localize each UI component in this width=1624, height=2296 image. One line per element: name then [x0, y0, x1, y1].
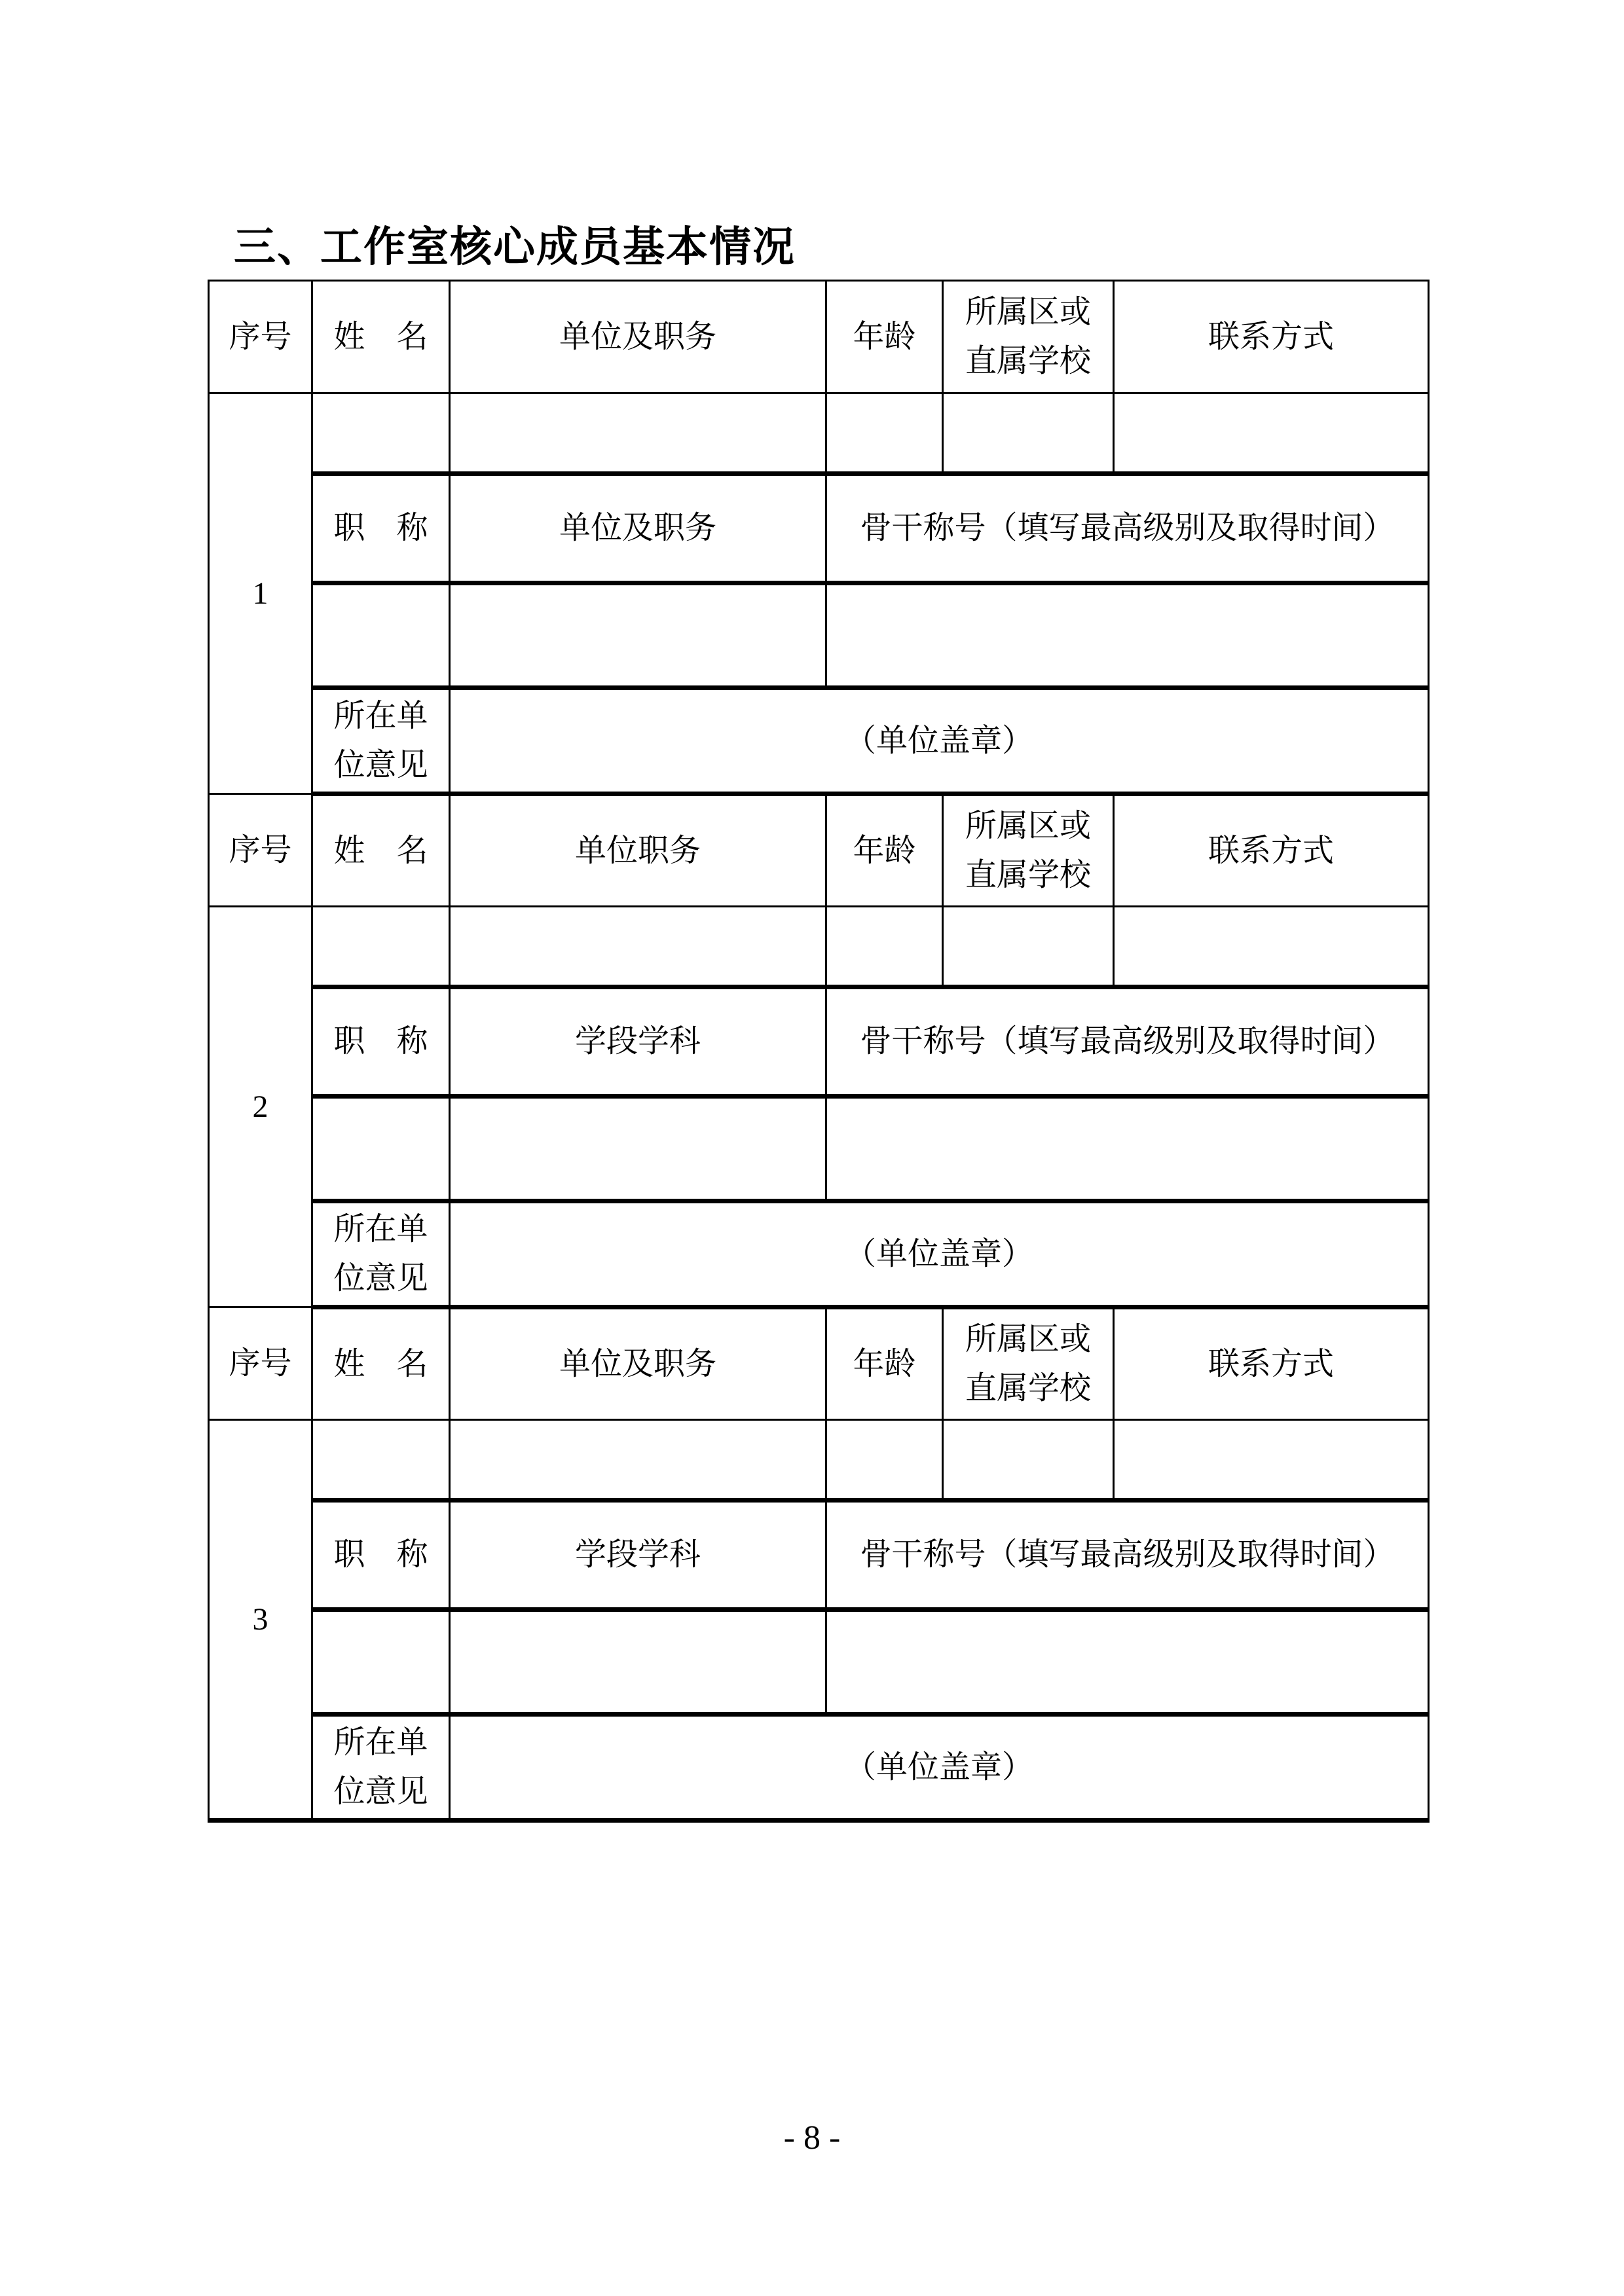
- fill-cell-unit: [450, 393, 826, 474]
- fill-cell-name: [312, 1420, 450, 1501]
- seal-label: （单位盖章）: [845, 1237, 1033, 1271]
- fill-cell-unit: [450, 1420, 826, 1501]
- table-row: [209, 1610, 1429, 1715]
- table-row: 1: [209, 393, 1429, 474]
- header-cell-age: 年龄: [826, 794, 943, 907]
- header-cell-name: 姓 名: [312, 794, 450, 907]
- table-row: 所在单位意见 （单位盖章）: [209, 1715, 1429, 1821]
- fill-cell-name: [312, 393, 450, 474]
- opinion-label: 所在单位意见: [331, 692, 431, 790]
- opinion-label-cell: 所在单位意见: [312, 1201, 450, 1307]
- fill-cell-age: [826, 1420, 943, 1501]
- table-row: [209, 1097, 1429, 1201]
- seal-label: （单位盖章）: [845, 723, 1033, 758]
- fill-cell-backbone: [826, 1610, 1429, 1715]
- table-row: 职 称 单位及职务 骨干称号（填写最高级别及取得时间）: [209, 474, 1429, 583]
- header-cell-contact: 联系方式: [1114, 794, 1429, 907]
- opinion-label: 所在单位意见: [331, 1205, 431, 1303]
- detail-cell-title: 职 称: [312, 474, 450, 583]
- header-cell-seq: 序号: [209, 281, 312, 393]
- seal-cell: （单位盖章）: [450, 1715, 1429, 1821]
- header-cell-seq: 序号: [209, 1307, 312, 1420]
- detail-cell-unit: 学段学科: [450, 987, 826, 1097]
- fill-cell-district: [943, 907, 1114, 987]
- fill-cell-age: [826, 907, 943, 987]
- member-block-2: 序号 姓 名 单位职务 年龄 所属区或直属学校 联系方式 2 职 称 学段学科 …: [209, 794, 1429, 1307]
- header-cell-unit: 单位及职务: [450, 1307, 826, 1420]
- fill-cell-title: [312, 1097, 450, 1201]
- member-block-1: 序号 姓 名 单位及职务 年龄 所属区或直属学校 联系方式 1 职 称 单位及职…: [209, 281, 1429, 794]
- opinion-label-cell: 所在单位意见: [312, 1715, 450, 1821]
- header-cell-contact: 联系方式: [1114, 281, 1429, 393]
- table-row: [209, 583, 1429, 688]
- fill-cell-unit: [450, 1097, 826, 1201]
- table-row: 2: [209, 907, 1429, 987]
- fill-cell-unit: [450, 1610, 826, 1715]
- seal-cell: （单位盖章）: [450, 688, 1429, 794]
- table-row: 3: [209, 1420, 1429, 1501]
- core-members-table: 序号 姓 名 单位及职务 年龄 所属区或直属学校 联系方式 1 职 称 单位及职…: [208, 280, 1430, 1823]
- header-cell-contact: 联系方式: [1114, 1307, 1429, 1420]
- fill-cell-name: [312, 907, 450, 987]
- fill-cell-unit: [450, 907, 826, 987]
- member-index-cell: 1: [209, 393, 312, 794]
- table-row: 职 称 学段学科 骨干称号（填写最高级别及取得时间）: [209, 987, 1429, 1097]
- detail-cell-title: 职 称: [312, 987, 450, 1097]
- detail-cell-title: 职 称: [312, 1501, 450, 1610]
- fill-cell-contact: [1114, 393, 1429, 474]
- fill-cell-district: [943, 1420, 1114, 1501]
- header-cell-name: 姓 名: [312, 281, 450, 393]
- table-row: 所在单位意见 （单位盖章）: [209, 688, 1429, 794]
- fill-cell-backbone: [826, 583, 1429, 688]
- header-cell-district: 所属区或直属学校: [943, 794, 1114, 907]
- table-row: 序号 姓 名 单位及职务 年龄 所属区或直属学校 联系方式: [209, 1307, 1429, 1420]
- fill-cell-title: [312, 1610, 450, 1715]
- header-cell-unit: 单位及职务: [450, 281, 826, 393]
- fill-cell-title: [312, 583, 450, 688]
- seal-label: （单位盖章）: [845, 1750, 1033, 1785]
- detail-cell-backbone: 骨干称号（填写最高级别及取得时间）: [826, 474, 1429, 583]
- header-cell-age: 年龄: [826, 281, 943, 393]
- table-row: 序号 姓 名 单位及职务 年龄 所属区或直属学校 联系方式: [209, 281, 1429, 393]
- detail-cell-unit: 学段学科: [450, 1501, 826, 1610]
- header-district-label: 所属区或直属学校: [962, 1315, 1094, 1413]
- member-index-cell: 2: [209, 907, 312, 1307]
- fill-cell-district: [943, 393, 1114, 474]
- member-index-cell: 3: [209, 1420, 312, 1821]
- member-block-3: 序号 姓 名 单位及职务 年龄 所属区或直属学校 联系方式 3 职 称 学段学科…: [209, 1307, 1429, 1821]
- header-district-label: 所属区或直属学校: [962, 288, 1094, 386]
- fill-cell-contact: [1114, 1420, 1429, 1501]
- fill-cell-age: [826, 393, 943, 474]
- opinion-label-cell: 所在单位意见: [312, 688, 450, 794]
- page-title: 三、工作室核心成员基本情况: [234, 225, 796, 269]
- table-row: 序号 姓 名 单位职务 年龄 所属区或直属学校 联系方式: [209, 794, 1429, 907]
- header-cell-seq: 序号: [209, 794, 312, 907]
- header-cell-district: 所属区或直属学校: [943, 281, 1114, 393]
- detail-cell-backbone: 骨干称号（填写最高级别及取得时间）: [826, 987, 1429, 1097]
- header-cell-district: 所属区或直属学校: [943, 1307, 1114, 1420]
- fill-cell-backbone: [826, 1097, 1429, 1201]
- header-cell-unit: 单位职务: [450, 794, 826, 907]
- detail-cell-backbone: 骨干称号（填写最高级别及取得时间）: [826, 1501, 1429, 1610]
- table-row: 职 称 学段学科 骨干称号（填写最高级别及取得时间）: [209, 1501, 1429, 1610]
- fill-cell-unit: [450, 583, 826, 688]
- header-cell-age: 年龄: [826, 1307, 943, 1420]
- fill-cell-contact: [1114, 907, 1429, 987]
- page-number: - 8 -: [0, 2119, 1624, 2157]
- detail-cell-unit: 单位及职务: [450, 474, 826, 583]
- header-district-label: 所属区或直属学校: [962, 802, 1094, 900]
- seal-cell: （单位盖章）: [450, 1201, 1429, 1307]
- opinion-label: 所在单位意见: [331, 1719, 431, 1816]
- header-cell-name: 姓 名: [312, 1307, 450, 1420]
- table-row: 所在单位意见 （单位盖章）: [209, 1201, 1429, 1307]
